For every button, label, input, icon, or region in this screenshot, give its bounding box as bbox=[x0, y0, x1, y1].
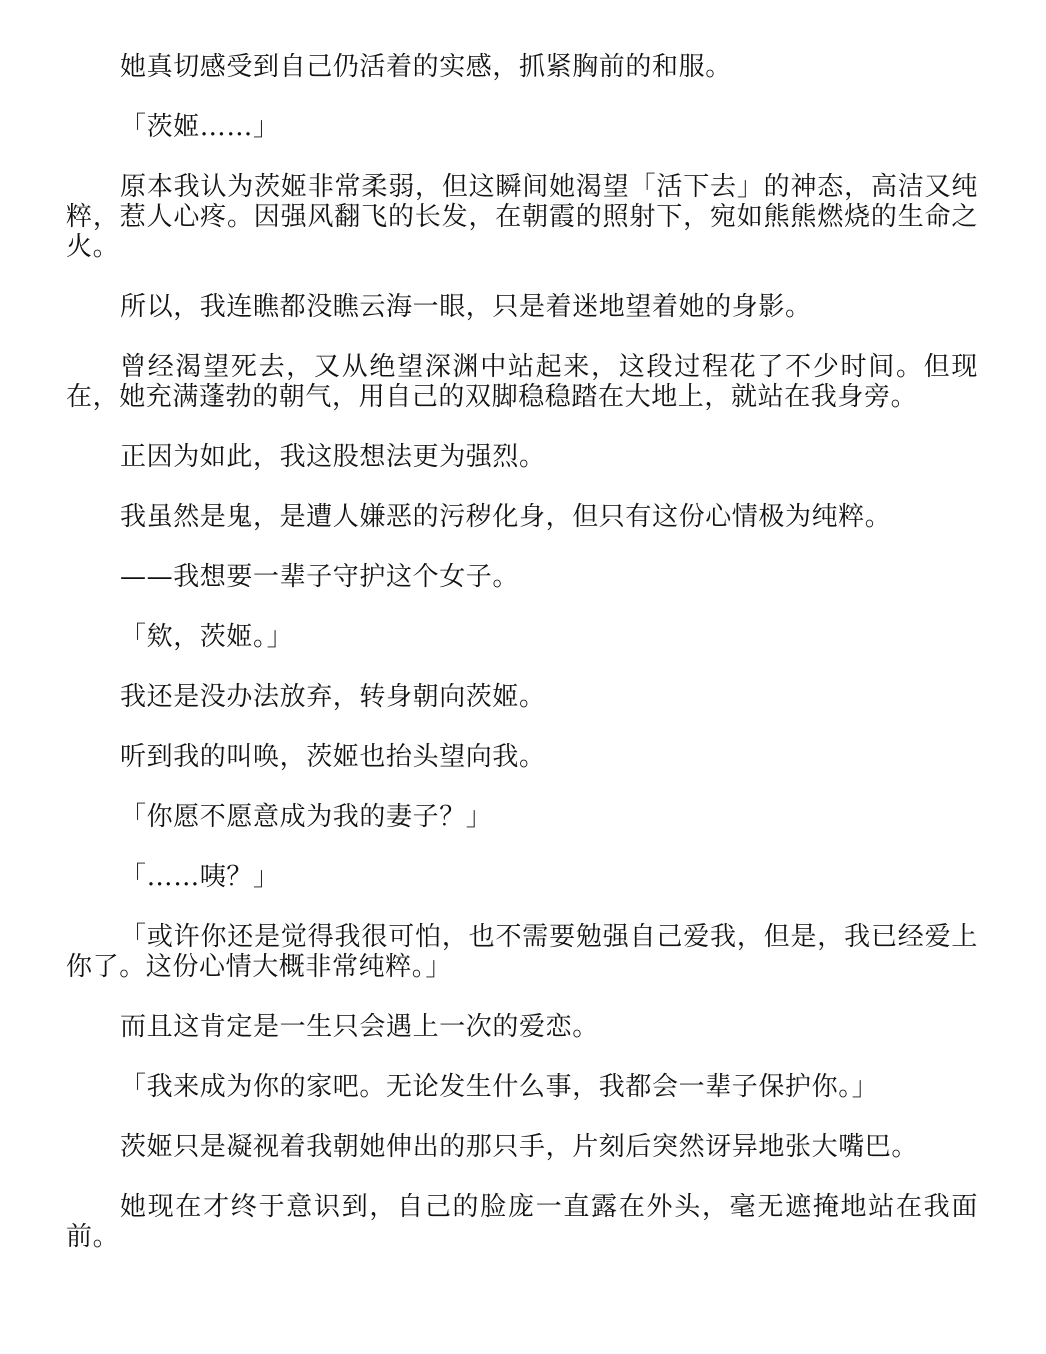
paragraph: 她真切感受到自己仍活着的实感，抓紧胸前的和服。 bbox=[66, 52, 978, 82]
paragraph: ——我想要一辈子守护这个女子。 bbox=[66, 562, 978, 592]
paragraph: 而且这肯定是一生只会遇上一次的爱恋。 bbox=[66, 1012, 978, 1042]
document-page: 她真切感受到自己仍活着的实感，抓紧胸前的和服。 「茨姬……」 原本我认为茨姬非常… bbox=[66, 52, 978, 1282]
paragraph-dialogue: 「茨姬……」 bbox=[66, 112, 978, 142]
paragraph-dialogue: 「我来成为你的家吧。无论发生什么事，我都会一辈子保护你。」 bbox=[66, 1072, 978, 1102]
paragraph: 她现在才终于意识到，自己的脸庞一直露在外头，毫无遮掩地站在我面前。 bbox=[66, 1192, 978, 1252]
paragraph-dialogue: 「欸，茨姬。」 bbox=[66, 622, 978, 652]
paragraph: 听到我的叫唤，茨姬也抬头望向我。 bbox=[66, 742, 978, 772]
paragraph: 我还是没办法放弃，转身朝向茨姬。 bbox=[66, 682, 978, 712]
paragraph: 我虽然是鬼，是遭人嫌恶的污秽化身，但只有这份心情极为纯粹。 bbox=[66, 502, 978, 532]
paragraph: 曾经渴望死去，又从绝望深渊中站起来，这段过程花了不少时间。但现在，她充满蓬勃的朝… bbox=[66, 352, 978, 412]
paragraph: 正因为如此，我这股想法更为强烈。 bbox=[66, 442, 978, 472]
paragraph-dialogue: 「或许你还是觉得我很可怕，也不需要勉强自己爱我，但是，我已经爱上你了。这份心情大… bbox=[66, 922, 978, 982]
paragraph-dialogue: 「……咦？」 bbox=[66, 862, 978, 892]
paragraph: 茨姬只是凝视着我朝她伸出的那只手，片刻后突然讶异地张大嘴巴。 bbox=[66, 1132, 978, 1162]
paragraph-dialogue: 「你愿不愿意成为我的妻子？」 bbox=[66, 802, 978, 832]
paragraph: 所以，我连瞧都没瞧云海一眼，只是着迷地望着她的身影。 bbox=[66, 292, 978, 322]
paragraph: 原本我认为茨姬非常柔弱，但这瞬间她渴望「活下去」的神态，高洁又纯粹，惹人心疼。因… bbox=[66, 172, 978, 262]
